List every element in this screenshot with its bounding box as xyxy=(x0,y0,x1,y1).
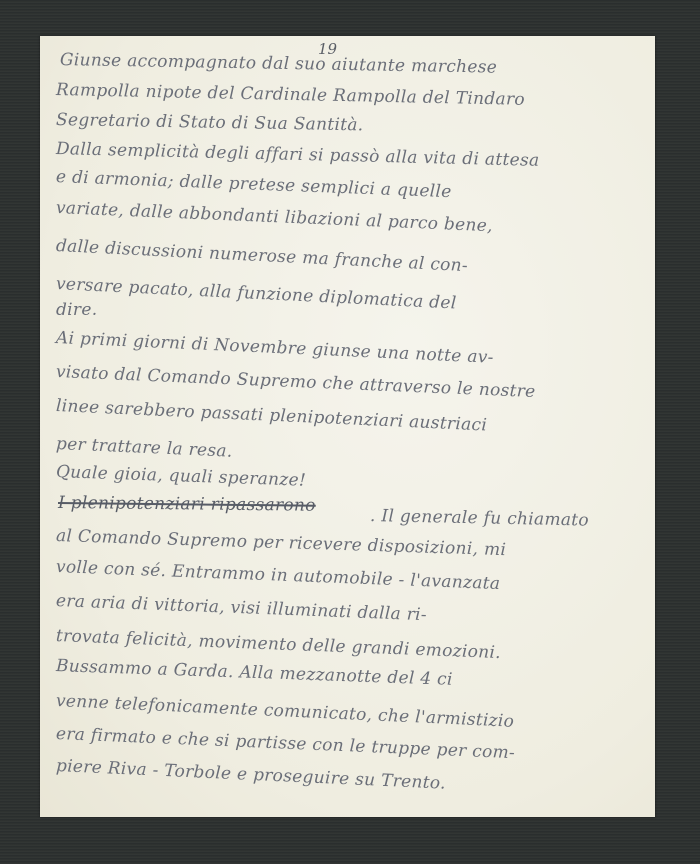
handwritten-line: . Il generale fu chiamato xyxy=(370,506,589,531)
handwritten-page: 19 Giunse accompagnato dal suo aiutante … xyxy=(40,36,655,817)
handwritten-line: visato dal Comando Supremo che attravers… xyxy=(56,362,536,402)
handwritten-line: variate, dalle abbondanti libazioni al p… xyxy=(56,198,494,236)
handwritten-line: venne telefonicamente comunicato, che l'… xyxy=(56,691,515,732)
handwritten-line: Segretario di Stato di Sua Santità. xyxy=(56,110,364,135)
handwritten-line: e di armonia; dalle pretese semplici a q… xyxy=(56,167,452,202)
handwritten-line: volle con sé. Entrammo in automobile - l… xyxy=(56,557,501,594)
handwritten-line: piere Riva - Torbole e proseguire su Tre… xyxy=(56,756,447,794)
handwritten-line: per trattare la resa. xyxy=(56,434,233,462)
handwritten-line: Rampolla nipote del Cardinale Rampolla d… xyxy=(56,80,525,110)
handwritten-line: dire. xyxy=(56,300,97,320)
handwritten-line: era firmato e che si partisse con le tru… xyxy=(56,724,516,763)
handwritten-line: Bussammo a Garda. Alla mezzanotte del 4 … xyxy=(56,656,453,690)
handwritten-line: linee sarebbero passati plenipotenziari … xyxy=(56,396,488,436)
handwritten-line: Quale gioia, quali speranze! xyxy=(56,462,307,491)
handwritten-line: era aria di vittoria, visi illuminati da… xyxy=(56,591,428,625)
struck-line: I plenipotenziari ripassarono xyxy=(58,493,316,516)
handwritten-line: Dalla semplicità degli affari si passò a… xyxy=(56,139,540,171)
handwritten-line: dalle discussioni numerose ma franche al… xyxy=(56,236,469,276)
handwritten-line: Giunse accompagnato dal suo aiutante mar… xyxy=(60,50,497,78)
handwritten-line: al Comando Supremo per ricevere disposiz… xyxy=(56,526,507,560)
handwritten-line: Ai primi giorni di Novembre giunse una n… xyxy=(56,328,495,368)
handwritten-line: versare pacato, alla funzione diplomatic… xyxy=(56,274,457,314)
